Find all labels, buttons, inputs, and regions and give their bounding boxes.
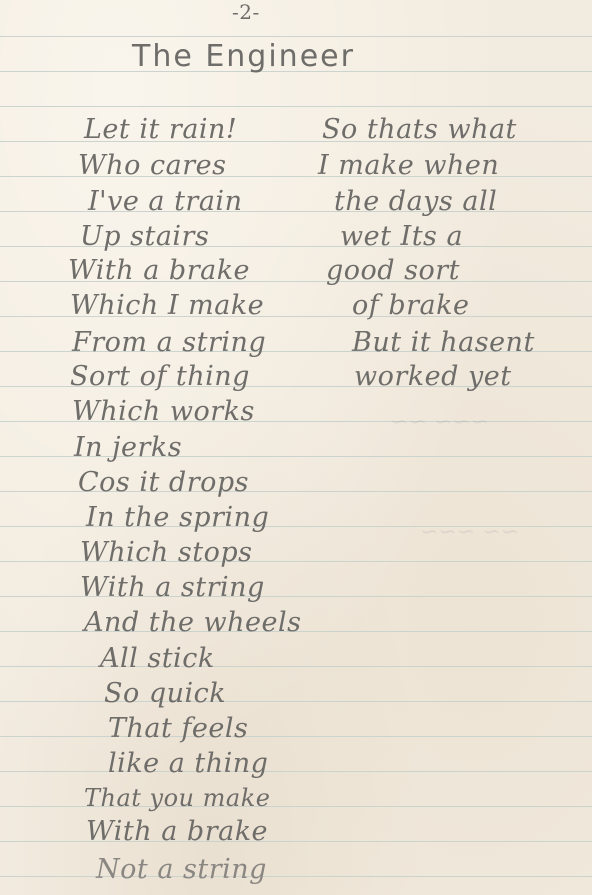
poem-line: With a string bbox=[80, 574, 265, 601]
poem-line: Which stops bbox=[80, 539, 252, 566]
poem-title: The Engineer bbox=[132, 42, 355, 72]
poem-line-right: wet Its a bbox=[340, 223, 463, 250]
poem-line: That feels bbox=[108, 715, 248, 742]
poem-line: Which works bbox=[72, 398, 255, 425]
ruled-line bbox=[0, 666, 592, 667]
show-through-smudge: ~~ ~~~ bbox=[420, 520, 519, 545]
ruled-line bbox=[0, 701, 592, 702]
ruled-line bbox=[0, 771, 592, 772]
poem-line: In jerks bbox=[74, 434, 182, 461]
poem-line-right: of brake bbox=[352, 292, 469, 319]
page-number: -2- bbox=[232, 2, 260, 22]
poem-line: Not a string bbox=[96, 856, 267, 883]
poem-line: In the spring bbox=[86, 504, 269, 531]
poem-line: Let it rain! bbox=[84, 116, 237, 143]
show-through-smudge: ~~~ ~~ bbox=[390, 410, 489, 435]
poem-line: And the wheels bbox=[84, 609, 302, 636]
poem-line-right: So thats what bbox=[322, 116, 517, 143]
ruled-line bbox=[0, 106, 592, 107]
poem-line: From a string bbox=[72, 329, 266, 356]
notebook-page: ~~~ ~~ ~~ ~~~ -2- The Engineer Let it ra… bbox=[0, 0, 592, 895]
ruled-line bbox=[0, 36, 592, 37]
poem-line: Which I make bbox=[70, 292, 264, 319]
poem-line: Up stairs bbox=[80, 223, 209, 250]
poem-line: All stick bbox=[100, 645, 215, 672]
poem-line-right: But it hasent bbox=[352, 329, 535, 356]
poem-line: That you make bbox=[84, 786, 270, 810]
poem-line: So quick bbox=[104, 680, 226, 707]
poem-line-right: I make when bbox=[318, 152, 499, 179]
poem-line-right: the days all bbox=[334, 188, 497, 215]
poem-line: With a brake bbox=[86, 818, 268, 845]
poem-line: I've a train bbox=[88, 188, 242, 215]
poem-line-right: good sort bbox=[326, 257, 460, 284]
ruled-line bbox=[0, 876, 592, 877]
poem-line-right: worked yet bbox=[354, 363, 512, 390]
poem-line: Who cares bbox=[78, 152, 226, 179]
poem-line: Cos it drops bbox=[78, 469, 249, 496]
poem-line: like a thing bbox=[108, 750, 268, 777]
poem-line: Sort of thing bbox=[70, 363, 250, 390]
poem-line: With a brake bbox=[68, 257, 250, 284]
ruled-line bbox=[0, 736, 592, 737]
